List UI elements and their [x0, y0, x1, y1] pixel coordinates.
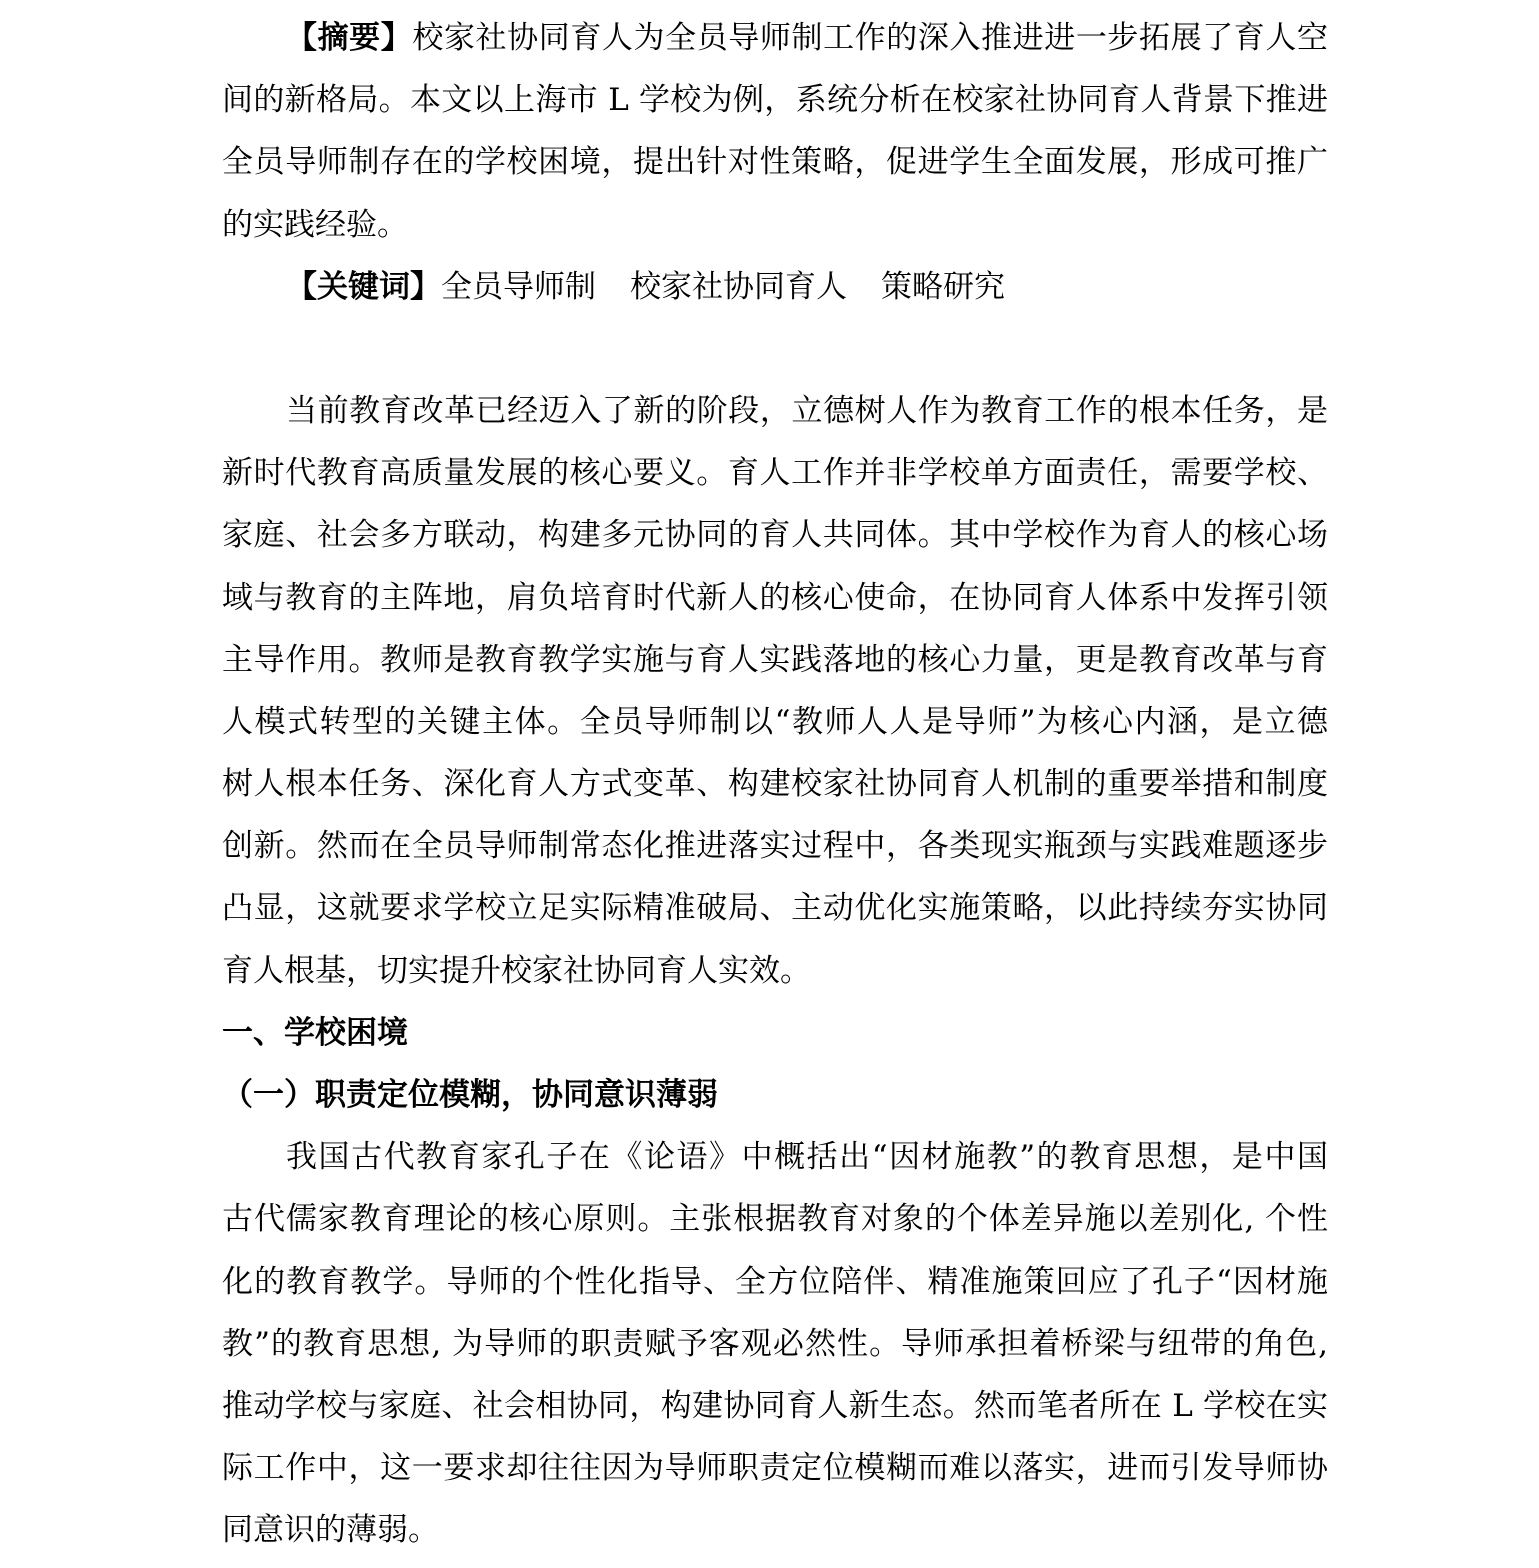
subsection-heading: （一）职责定位模糊，协同意识薄弱	[222, 1064, 1328, 1126]
intro-line-8: 创新。然而在全员导师制常态化推进落实过程中，各类现实瓶颈与实践难题逐步	[222, 815, 1328, 877]
intro-line-10: 育人根基，切实提升校家社协同育人实效。	[222, 940, 1328, 1002]
keyword-3: 策略研究	[881, 269, 1005, 305]
keyword-1: 全员导师制	[441, 269, 596, 305]
body-line-4: 教”的教育思想, 为导师的职责赋予客观必然性。导师承担着桥梁与纽带的角色,	[222, 1313, 1328, 1375]
intro-line-9: 凸显，这就要求学校立足实际精准破局、主动优化实施策略，以此持续夯实协同	[222, 877, 1328, 939]
abstract-line-4: 的实践经验。	[222, 194, 1328, 256]
body-line-2: 古代儒家教育理论的核心原则。主张根据教育对象的个体差异施以差别化, 个性	[222, 1188, 1328, 1250]
keywords-line: 【关键词】全员导师制校家社协同育人策略研究	[222, 256, 1328, 318]
abstract-line-3: 全员导师制存在的学校困境，提出针对性策略，促进学生全面发展，形成可推广	[222, 131, 1328, 193]
section-spacer	[222, 318, 1328, 380]
intro-line-2: 新时代教育高质量发展的核心要义。育人工作并非学校单方面责任，需要学校、	[222, 442, 1328, 504]
body-line-3: 化的教育教学。导师的个性化指导、全方位陪伴、精准施策回应了孔子“因材施	[222, 1251, 1328, 1313]
body-line-6: 际工作中，这一要求却往往因为导师职责定位模糊而难以落实，进而引发导师协	[222, 1437, 1328, 1499]
intro-line-6: 人模式转型的关键主体。全员导师制以“教师人人是导师”为核心内涵，是立德	[222, 691, 1328, 753]
intro-line-3: 家庭、社会多方联动，构建多元协同的育人共同体。其中学校作为育人的核心场	[222, 504, 1328, 566]
intro-line-1: 当前教育改革已经迈入了新的阶段，立德树人作为教育工作的根本任务，是	[222, 380, 1328, 442]
abstract-label: 【摘要】	[286, 20, 412, 56]
body-line-5: 推动学校与家庭、社会相协同，构建协同育人新生态。然而笔者所在 L 学校在实	[222, 1375, 1328, 1437]
document-page: 【摘要】校家社协同育人为全员导师制工作的深入推进进一步拓展了育人空 间的新格局。…	[222, 7, 1328, 1562]
intro-line-5: 主导作用。教师是教育教学实施与育人实践落地的核心力量，更是教育改革与育	[222, 629, 1328, 691]
intro-line-4: 域与教育的主阵地，肩负培育时代新人的核心使命，在协同育人体系中发挥引领	[222, 567, 1328, 629]
body-line-1: 我国古代教育家孔子在《论语》中概括出“因材施教”的教育思想，是中国	[222, 1126, 1328, 1188]
intro-line-7: 树人根本任务、深化育人方式变革、构建校家社协同育人机制的重要举措和制度	[222, 753, 1328, 815]
keyword-2: 校家社协同育人	[630, 269, 847, 305]
keywords-label: 【关键词】	[286, 269, 441, 305]
abstract-line-2: 间的新格局。本文以上海市 L 学校为例，系统分析在校家社协同育人背景下推进	[222, 69, 1328, 131]
body-line-7: 同意识的薄弱。	[222, 1499, 1328, 1561]
abstract-line-1: 【摘要】校家社协同育人为全员导师制工作的深入推进进一步拓展了育人空	[222, 7, 1328, 69]
section-heading: 一、学校困境	[222, 1002, 1328, 1064]
